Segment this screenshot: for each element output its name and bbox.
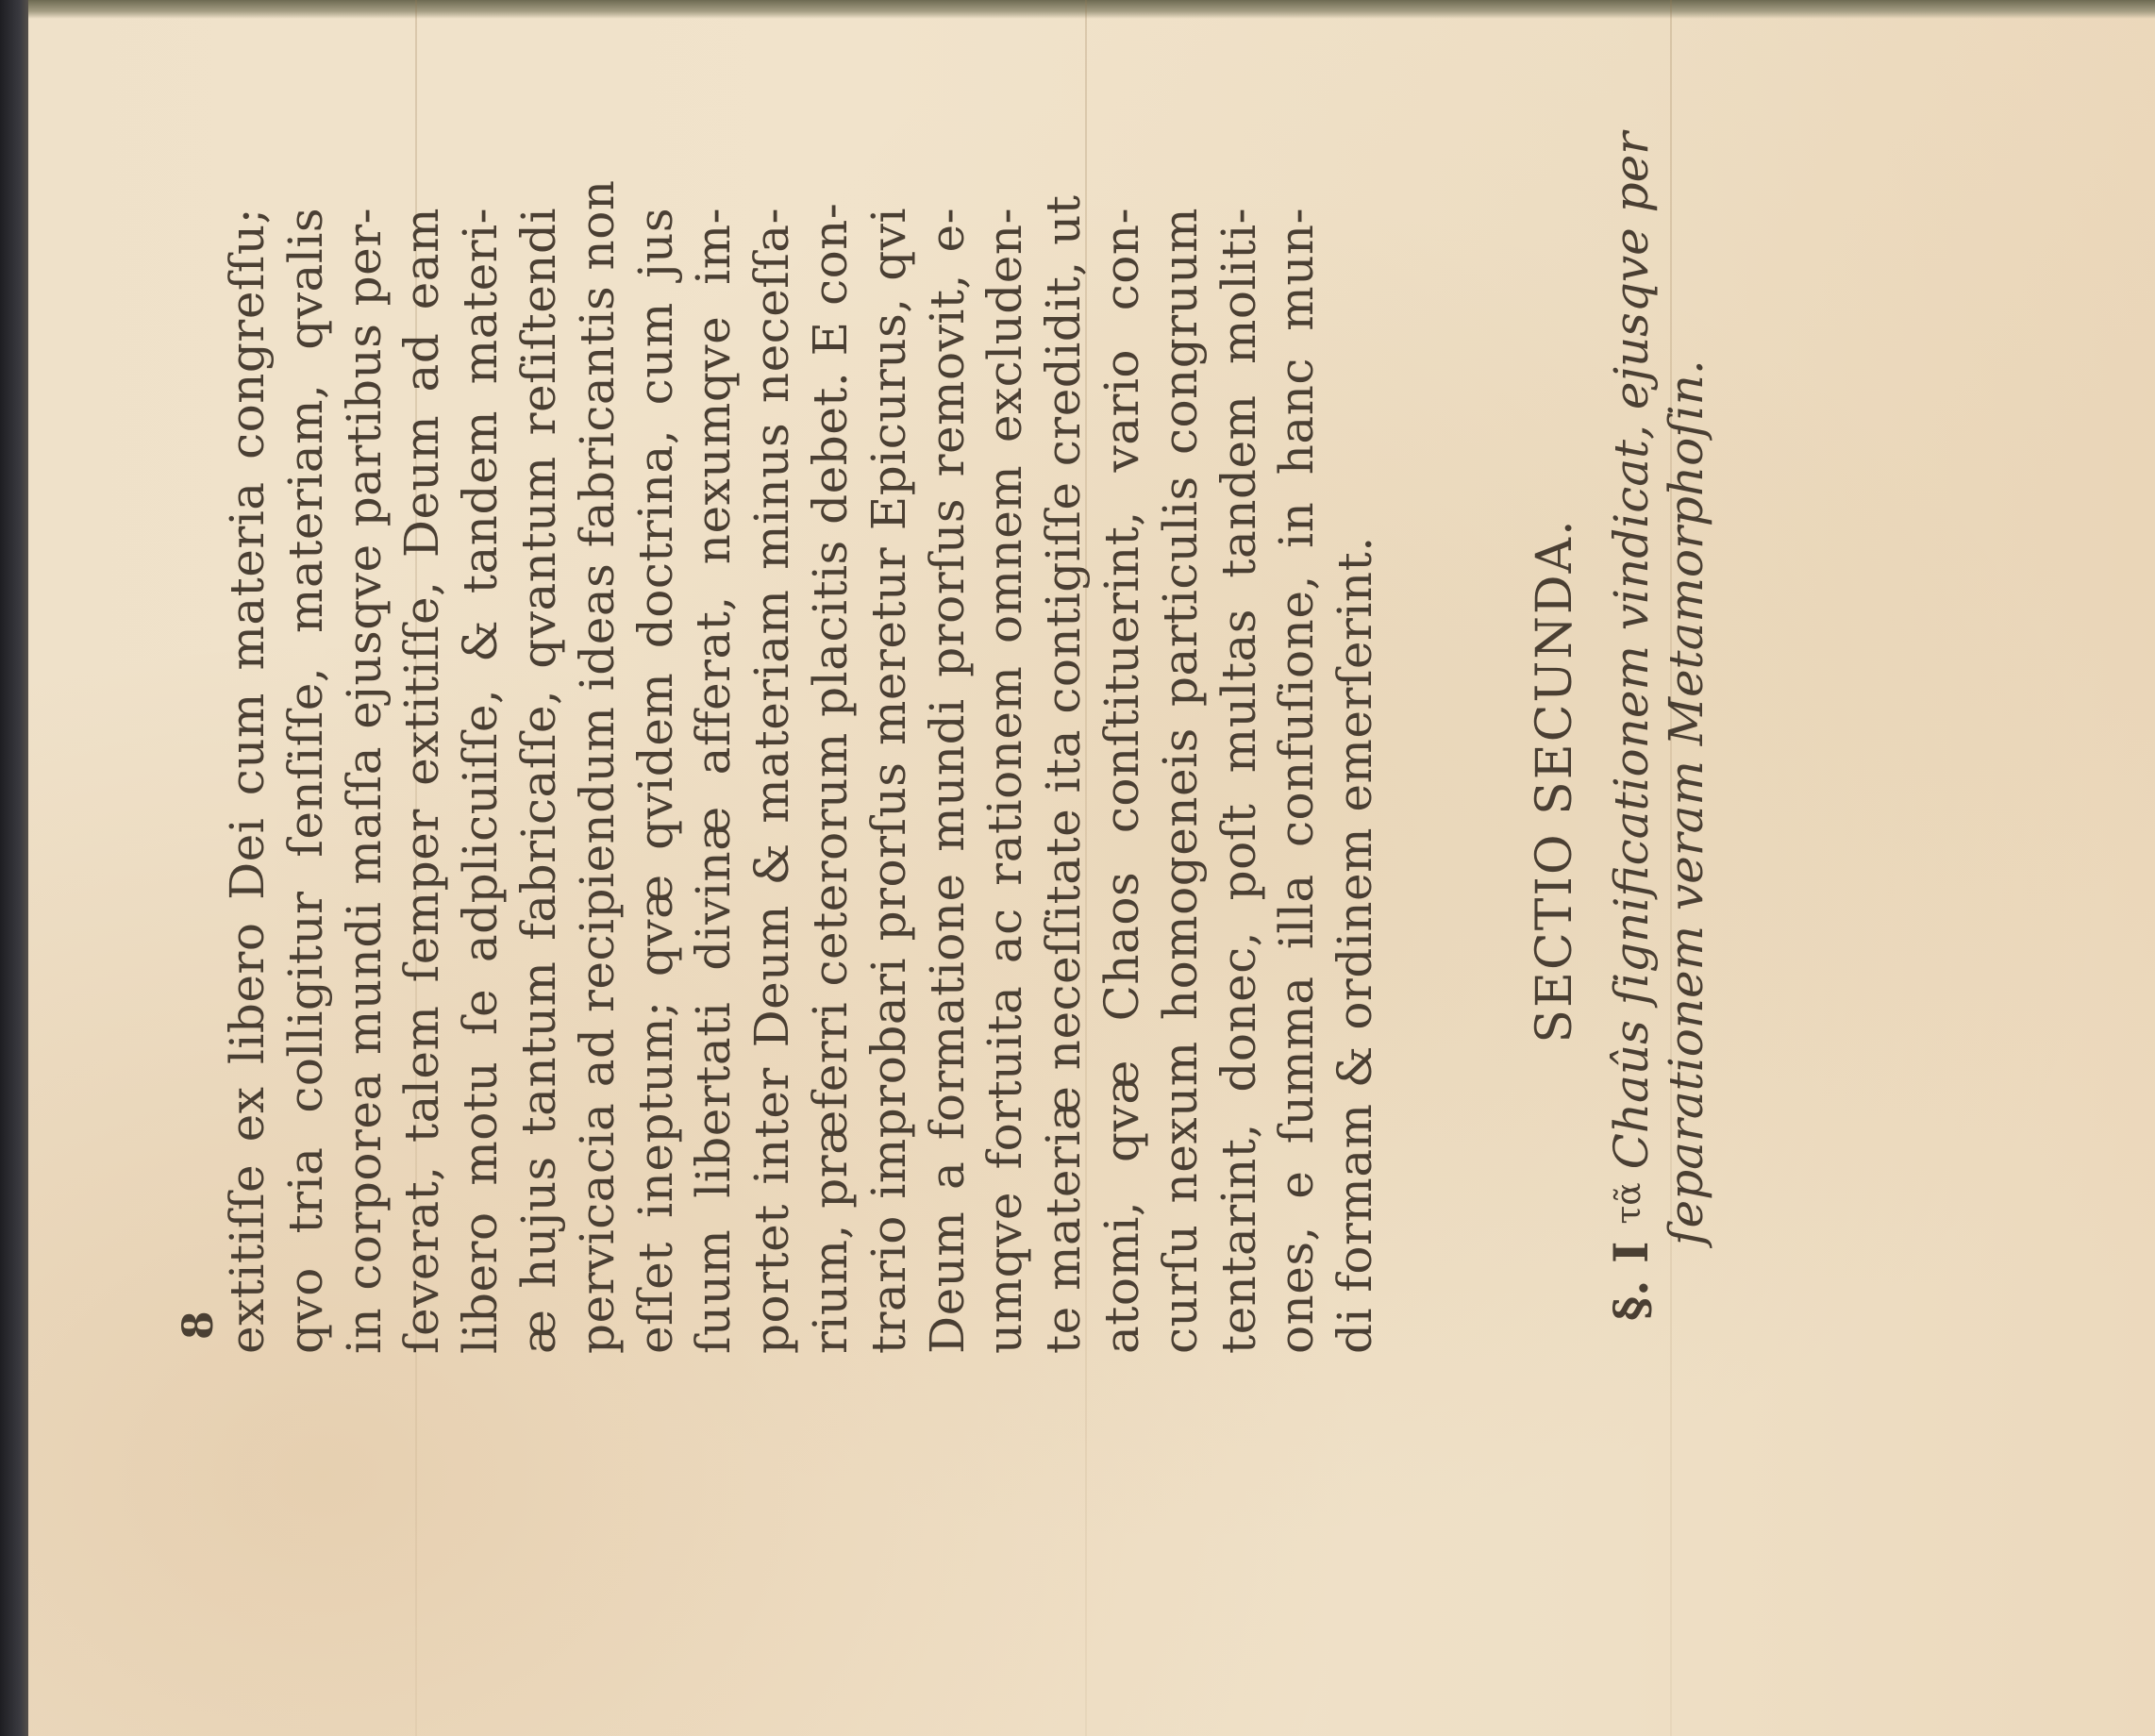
text-line: Deum a formatione mundi prorſus removit,… <box>919 208 977 1354</box>
page-number: 8 <box>175 1310 223 1340</box>
greek-article: τᾶ <box>1610 1182 1648 1224</box>
text-line: extitiſſe ex libero Dei cum materia cong… <box>219 208 277 1354</box>
text-line: di formam & ordinem emerſerint. <box>1327 208 1385 1354</box>
text-line: trario improbari prorſus meretur Epicuru… <box>860 208 919 1354</box>
text-line: libero motu ſe adplicuiſſe, & tandem mat… <box>452 208 510 1354</box>
text-line: portet inter Deum & materiam minus neceſ… <box>743 208 802 1354</box>
text-line: curſu nexum homogeneis particulis congru… <box>1152 208 1211 1354</box>
text-line: eſſet ineptum; qvæ qvidem doctrina, cum … <box>627 208 686 1354</box>
section-heading: SECTIO SECUNDA. <box>1527 208 1583 1354</box>
text-line: æ hujus tantum fabricaſſe, qvantum reſiſ… <box>510 208 569 1354</box>
rotated-page: 8 extitiſſe ex libero Dei cum materia co… <box>0 0 2155 1736</box>
text-line: rium, præferri ceterorum placitis debet.… <box>802 208 860 1354</box>
text-line: ſeverat, talem ſemper extitiſſe, Deum ad… <box>393 208 452 1354</box>
text-line: tentarint, donec, poſt multas tandem mol… <box>1211 208 1269 1354</box>
text-line: qvo tria colligitur ſenſiſſe, materiam, … <box>277 208 336 1354</box>
text-line: umqve fortuita ac rationem omnem exclude… <box>977 208 1035 1354</box>
paragraph-line: §. IτᾶChaûs ſignificationem vindicat, ej… <box>1602 208 1659 1321</box>
paragraph-line: ſeparationem veram Metamorphoſin. <box>1659 208 1713 1321</box>
section-paragraph: §. IτᾶChaûs ſignificationem vindicat, ej… <box>1602 208 1713 1321</box>
text-line: atomi, qvæ Chaos conſtituerint, vario co… <box>1094 208 1152 1354</box>
body-text: extitiſſe ex libero Dei cum materia cong… <box>219 208 1385 1354</box>
text-line: pervicacia ad recipiendum ideas fabrican… <box>569 208 627 1354</box>
text-line: te materiæ neceſſitate ita contigiſſe cr… <box>1035 208 1094 1354</box>
text-line: ones, e ſumma illa confuſione, in hanc m… <box>1268 208 1327 1354</box>
section-mark: §. I <box>1603 1242 1659 1321</box>
paragraph-text: Chaûs ſignificationem vindicat, ejusqve … <box>1604 132 1659 1170</box>
text-line: in corporea mundi maſſa ejusqve partibus… <box>336 208 394 1354</box>
text-line: ſuum libertati divinæ afferat, nexumqve … <box>685 208 743 1354</box>
